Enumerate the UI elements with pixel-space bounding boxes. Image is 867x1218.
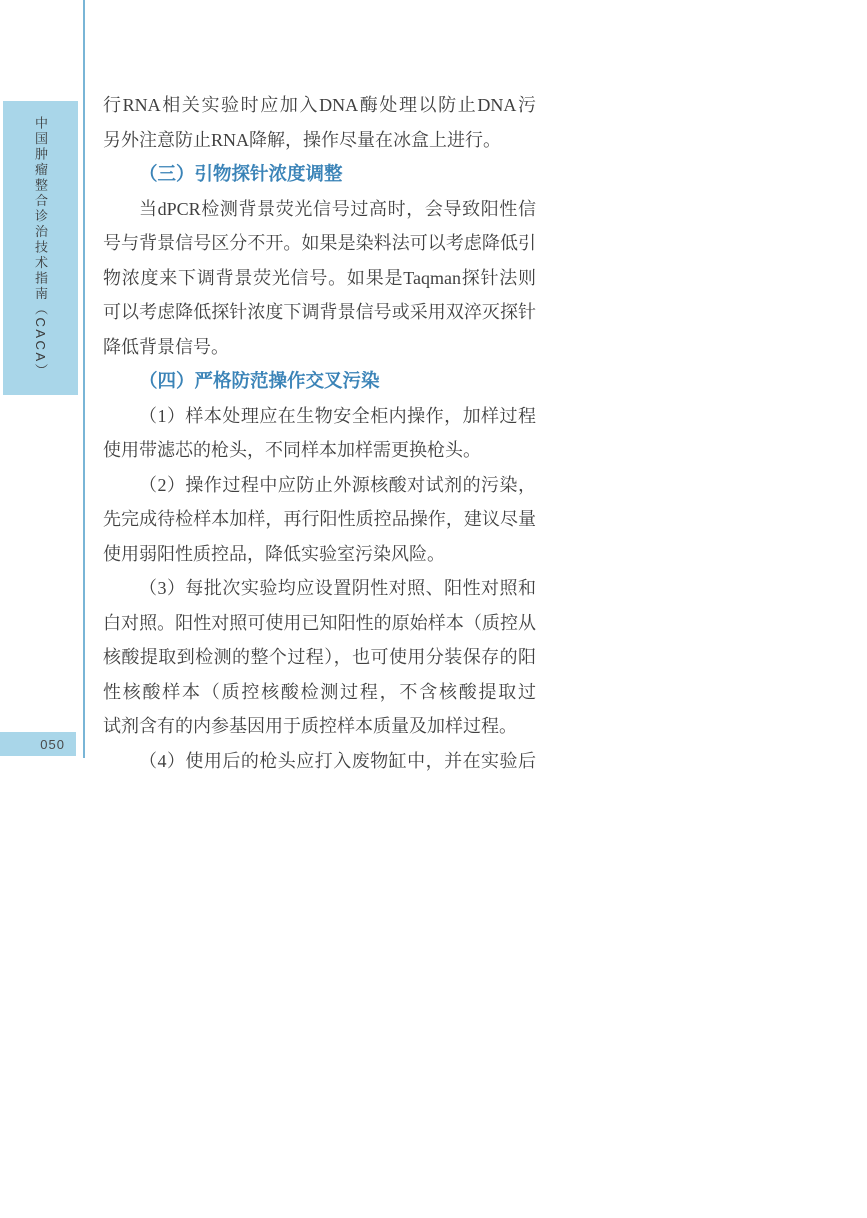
- text-line: 物浓度来下调背景荧光信号。如果是Taqman探针法则: [103, 261, 536, 296]
- sidebar-title-box: 中国肿瘤整合诊治技术指南（CACA）: [3, 101, 78, 395]
- text-line: 降低背景信号。: [103, 330, 536, 365]
- text-line: 性核酸样本（质控核酸检测过程，不含核酸提取过程），: [103, 675, 536, 710]
- text-line: （3）每批次实验均应设置阴性对照、阳性对照和空: [103, 571, 536, 606]
- page-number-badge: 050: [0, 732, 76, 756]
- text-line: 使用带滤芯的枪头，不同样本加样需更换枪头。: [103, 433, 536, 468]
- text-line: （2）操作过程中应防止外源核酸对试剂的污染，应: [103, 468, 536, 503]
- text-line: 核酸提取到检测的整个过程），也可使用分装保存的阳: [103, 640, 536, 675]
- text-line: （1）样本处理应在生物安全柜内操作，加样过程中: [103, 399, 536, 434]
- text-line: 白对照。阳性对照可使用已知阳性的原始样本（质控从: [103, 606, 536, 641]
- text-column: 行RNA相关实验时应加入DNA酶处理以防止DNA污染，另外注意防止RNA降解，操…: [103, 88, 536, 778]
- sidebar-divider-rule: [83, 0, 85, 758]
- text-line: 号与背景信号区分不开。如果是染料法可以考虑降低引: [103, 226, 536, 261]
- text-line: 另外注意防止RNA降解，操作尽量在冰盒上进行。: [103, 123, 536, 158]
- text-line: 使用弱阳性质控品，降低实验室污染风险。: [103, 537, 536, 572]
- section-heading: （三）引物探针浓度调整: [103, 157, 536, 192]
- text-line: 行RNA相关实验时应加入DNA酶处理以防止DNA污染，: [103, 88, 536, 123]
- text-line: 试剂含有的内参基因用于质控样本质量及加样过程。: [103, 709, 536, 744]
- page-number: 050: [40, 737, 65, 752]
- text-line: （4）使用后的枪头应打入废物缸中，并在实验后及: [103, 744, 536, 779]
- text-line: 当dPCR检测背景荧光信号过高时，会导致阳性信: [103, 192, 536, 227]
- book-title-vertical: 中国肿瘤整合诊治技术指南（CACA）: [31, 116, 50, 379]
- section-heading: （四）严格防范操作交叉污染: [103, 364, 536, 399]
- text-line: 先完成待检样本加样，再行阳性质控品操作，建议尽量: [103, 502, 536, 537]
- text-line: 可以考虑降低探针浓度下调背景信号或采用双淬灭探针: [103, 295, 536, 330]
